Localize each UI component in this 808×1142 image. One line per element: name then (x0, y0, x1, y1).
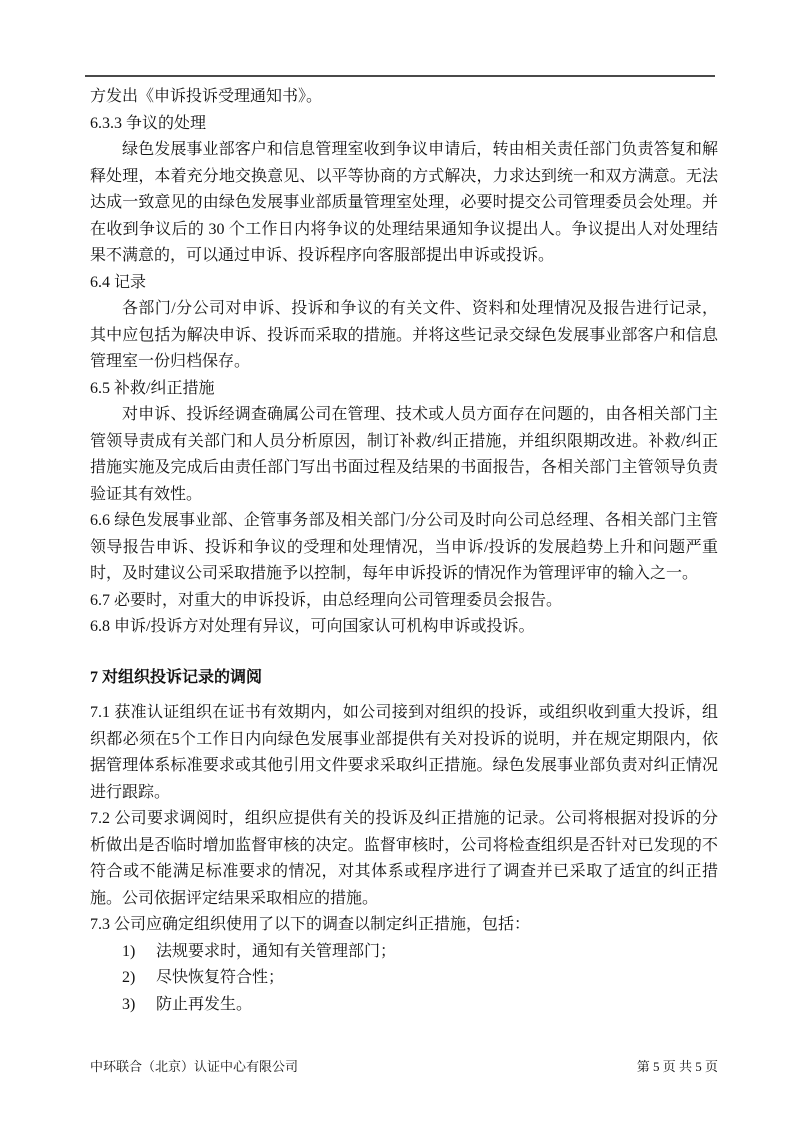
footer-company-name: 中环联合（北京）认证中心有限公司 (90, 1058, 298, 1076)
footer-page-number: 第 5 页 共 5 页 (637, 1058, 718, 1076)
paragraph-7-2: 7.2 公司要求调阅时，组织应提供有关的投诉及纠正措施的记录。公司将根据对投诉的… (90, 806, 718, 912)
heading-6-4: 6.4 记录 (90, 270, 718, 297)
heading-6-3-3: 6.3.3 争议的处理 (90, 111, 718, 138)
paragraph-6-7: 6.7 必要时，对重大的申诉投诉，由总经理向公司管理委员会报告。 (90, 588, 718, 615)
paragraph-6-4: 各部门/分公司对申诉、投诉和争议的有关文件、资料和处理情况及报告进行记录，其中应… (90, 296, 718, 376)
list-item-2: 2)尽快恢复符合性； (90, 965, 718, 992)
list-item-1: 1)法规要求时，通知有关管理部门； (90, 939, 718, 966)
paragraph-continuation: 方发出《申诉投诉受理通知书》。 (90, 84, 718, 111)
list-item-2-text: 尽快恢复符合性； (156, 969, 284, 986)
list-item-3-number: 3) (122, 992, 156, 1019)
page-footer: 中环联合（北京）认证中心有限公司 第 5 页 共 5 页 (90, 1058, 718, 1076)
heading-6-5: 6.5 补救/纠正措施 (90, 376, 718, 403)
paragraph-6-5: 对申诉、投诉经调查确属公司在管理、技术或人员方面存在问题的，由各相关部门主管领导… (90, 402, 718, 508)
list-item-1-number: 1) (122, 939, 156, 966)
paragraph-7-1: 7.1 获准认证组织在证书有效期内，如公司接到对组织的投诉，或组织收到重大投诉，… (90, 700, 718, 806)
paragraph-6-8: 6.8 申诉/投诉方对处理有异议，可向国家认可机构申诉或投诉。 (90, 614, 718, 641)
list-item-1-text: 法规要求时，通知有关管理部门； (156, 943, 396, 960)
header-rule (85, 75, 715, 77)
document-body: 方发出《申诉投诉受理通知书》。 6.3.3 争议的处理 绿色发展事业部客户和信息… (90, 84, 718, 1018)
paragraph-6-6: 6.6 绿色发展事业部、企管事务部及相关部门/分公司及时向公司总经理、各相关部门… (90, 508, 718, 588)
list-item-3-text: 防止再发生。 (156, 996, 252, 1013)
list-item-2-number: 2) (122, 965, 156, 992)
document-page: 方发出《申诉投诉受理通知书》。 6.3.3 争议的处理 绿色发展事业部客户和信息… (0, 0, 808, 1142)
list-item-3: 3)防止再发生。 (90, 992, 718, 1019)
heading-7: 7 对组织投诉记录的调阅 (90, 665, 718, 692)
paragraph-7-3: 7.3 公司应确定组织使用了以下的调查以制定纠正措施，包括： (90, 912, 718, 939)
paragraph-6-3-3: 绿色发展事业部客户和信息管理室收到争议申请后，转由相关责任部门负责答复和解释处理… (90, 137, 718, 270)
